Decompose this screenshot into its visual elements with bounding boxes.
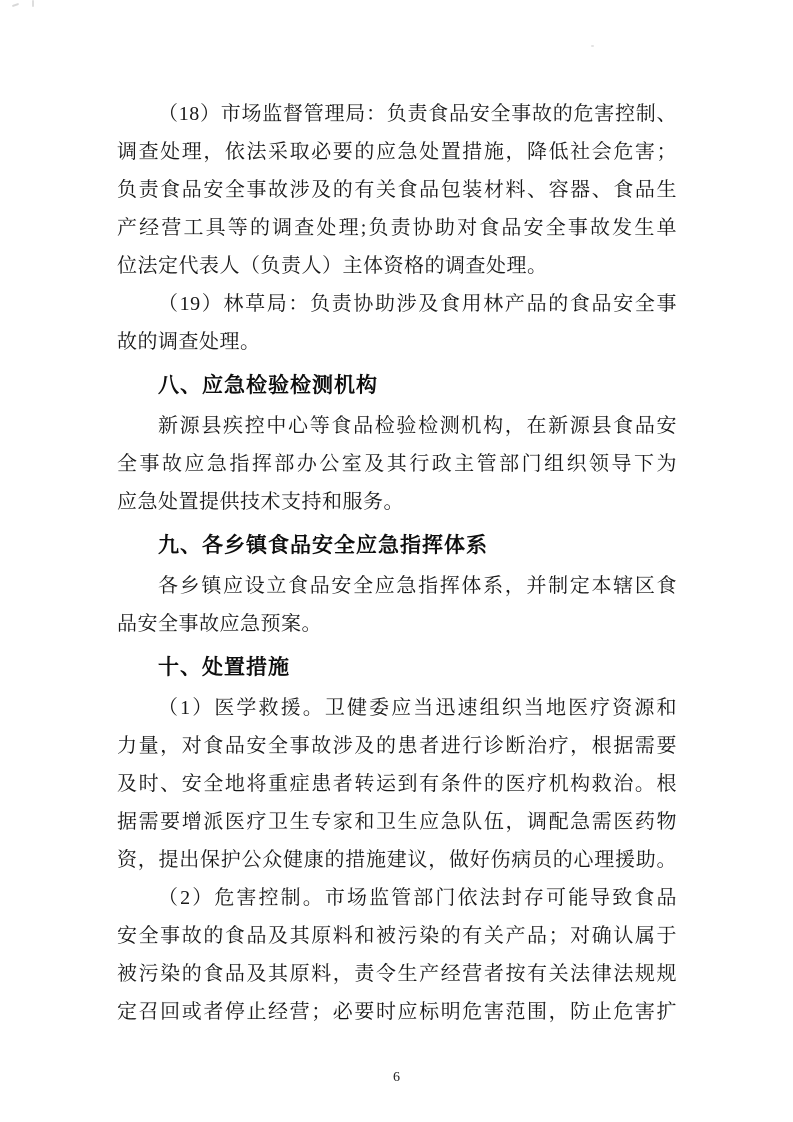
text-line: 全事故应急指挥部办公室及其行政主管部门组织领导下为 xyxy=(117,445,677,483)
scan-artifact xyxy=(591,45,594,47)
text-line: 各乡镇应设立食品安全应急指挥体系，并制定本辖区食 xyxy=(117,567,677,605)
text-line: 故的调查处理。 xyxy=(117,323,677,361)
text-line: 安全事故的食品及其原料和被污染的有关产品；对确认属于 xyxy=(117,917,677,955)
text-line: （1）医学救援。卫健委应当迅速组织当地医疗资源和 xyxy=(117,689,677,727)
heading-text: 八、应急检验检测机构 xyxy=(117,367,677,405)
text-line: （18）市场监督管理局：负责食品安全事故的危害控制、 xyxy=(117,95,677,133)
document-content: （18）市场监督管理局：负责食品安全事故的危害控制、调查处理，依法采取必要的应急… xyxy=(117,95,677,1031)
page-number: 6 xyxy=(0,1068,793,1088)
section-heading: 八、应急检验检测机构 xyxy=(117,367,677,405)
paragraph: （19）林草局：负责协助涉及食用林产品的食品安全事故的调查处理。 xyxy=(117,285,677,361)
text-line: 力量，对食品安全事故涉及的患者进行诊断治疗，根据需要 xyxy=(117,727,677,765)
heading-text: 九、各乡镇食品安全应急指挥体系 xyxy=(117,527,677,565)
text-line: 产经营工具等的调查处理;负责协助对食品安全事故发生单 xyxy=(117,209,677,247)
text-line: 定召回或者停止经营；必要时应标明危害范围，防止危害扩 xyxy=(117,993,677,1031)
text-line: 应急处置提供技术支持和服务。 xyxy=(117,483,677,521)
text-line: 及时、安全地将重症患者转运到有条件的医疗机构救治。根 xyxy=(117,765,677,803)
paragraph: 新源县疾控中心等食品检验检测机构，在新源县食品安全事故应急指挥部办公室及其行政主… xyxy=(117,407,677,521)
text-line: （19）林草局：负责协助涉及食用林产品的食品安全事 xyxy=(117,285,677,323)
scan-artifact xyxy=(32,0,34,7)
text-line: 位法定代表人（负责人）主体资格的调查处理。 xyxy=(117,247,677,285)
heading-text: 十、处置措施 xyxy=(117,649,677,687)
text-line: 资，提出保护公众健康的措施建议，做好伤病员的心理援助。 xyxy=(117,841,677,879)
document-page: （18）市场监督管理局：负责食品安全事故的危害控制、调查处理，依法采取必要的应急… xyxy=(0,0,793,1122)
paragraph: 各乡镇应设立食品安全应急指挥体系，并制定本辖区食品安全事故应急预案。 xyxy=(117,567,677,643)
text-line: 负责食品安全事故涉及的有关食品包装材料、容器、食品生 xyxy=(117,171,677,209)
text-line: 被污染的食品及其原料，责令生产经营者按有关法律法规规 xyxy=(117,955,677,993)
text-line: 品安全事故应急预案。 xyxy=(117,605,677,643)
text-line: （2）危害控制。市场监管部门依法封存可能导致食品 xyxy=(117,879,677,917)
paragraph: （1）医学救援。卫健委应当迅速组织当地医疗资源和力量，对食品安全事故涉及的患者进… xyxy=(117,689,677,879)
paragraph: （2）危害控制。市场监管部门依法封存可能导致食品安全事故的食品及其原料和被污染的… xyxy=(117,879,677,1031)
scan-artifact xyxy=(12,3,19,7)
paragraph: （18）市场监督管理局：负责食品安全事故的危害控制、调查处理，依法采取必要的应急… xyxy=(117,95,677,285)
text-line: 新源县疾控中心等食品检验检测机构，在新源县食品安 xyxy=(117,407,677,445)
text-line: 据需要增派医疗卫生专家和卫生应急队伍，调配急需医药物 xyxy=(117,803,677,841)
text-line: 调查处理，依法采取必要的应急处置措施，降低社会危害； xyxy=(117,133,677,171)
section-heading: 九、各乡镇食品安全应急指挥体系 xyxy=(117,527,677,565)
section-heading: 十、处置措施 xyxy=(117,649,677,687)
